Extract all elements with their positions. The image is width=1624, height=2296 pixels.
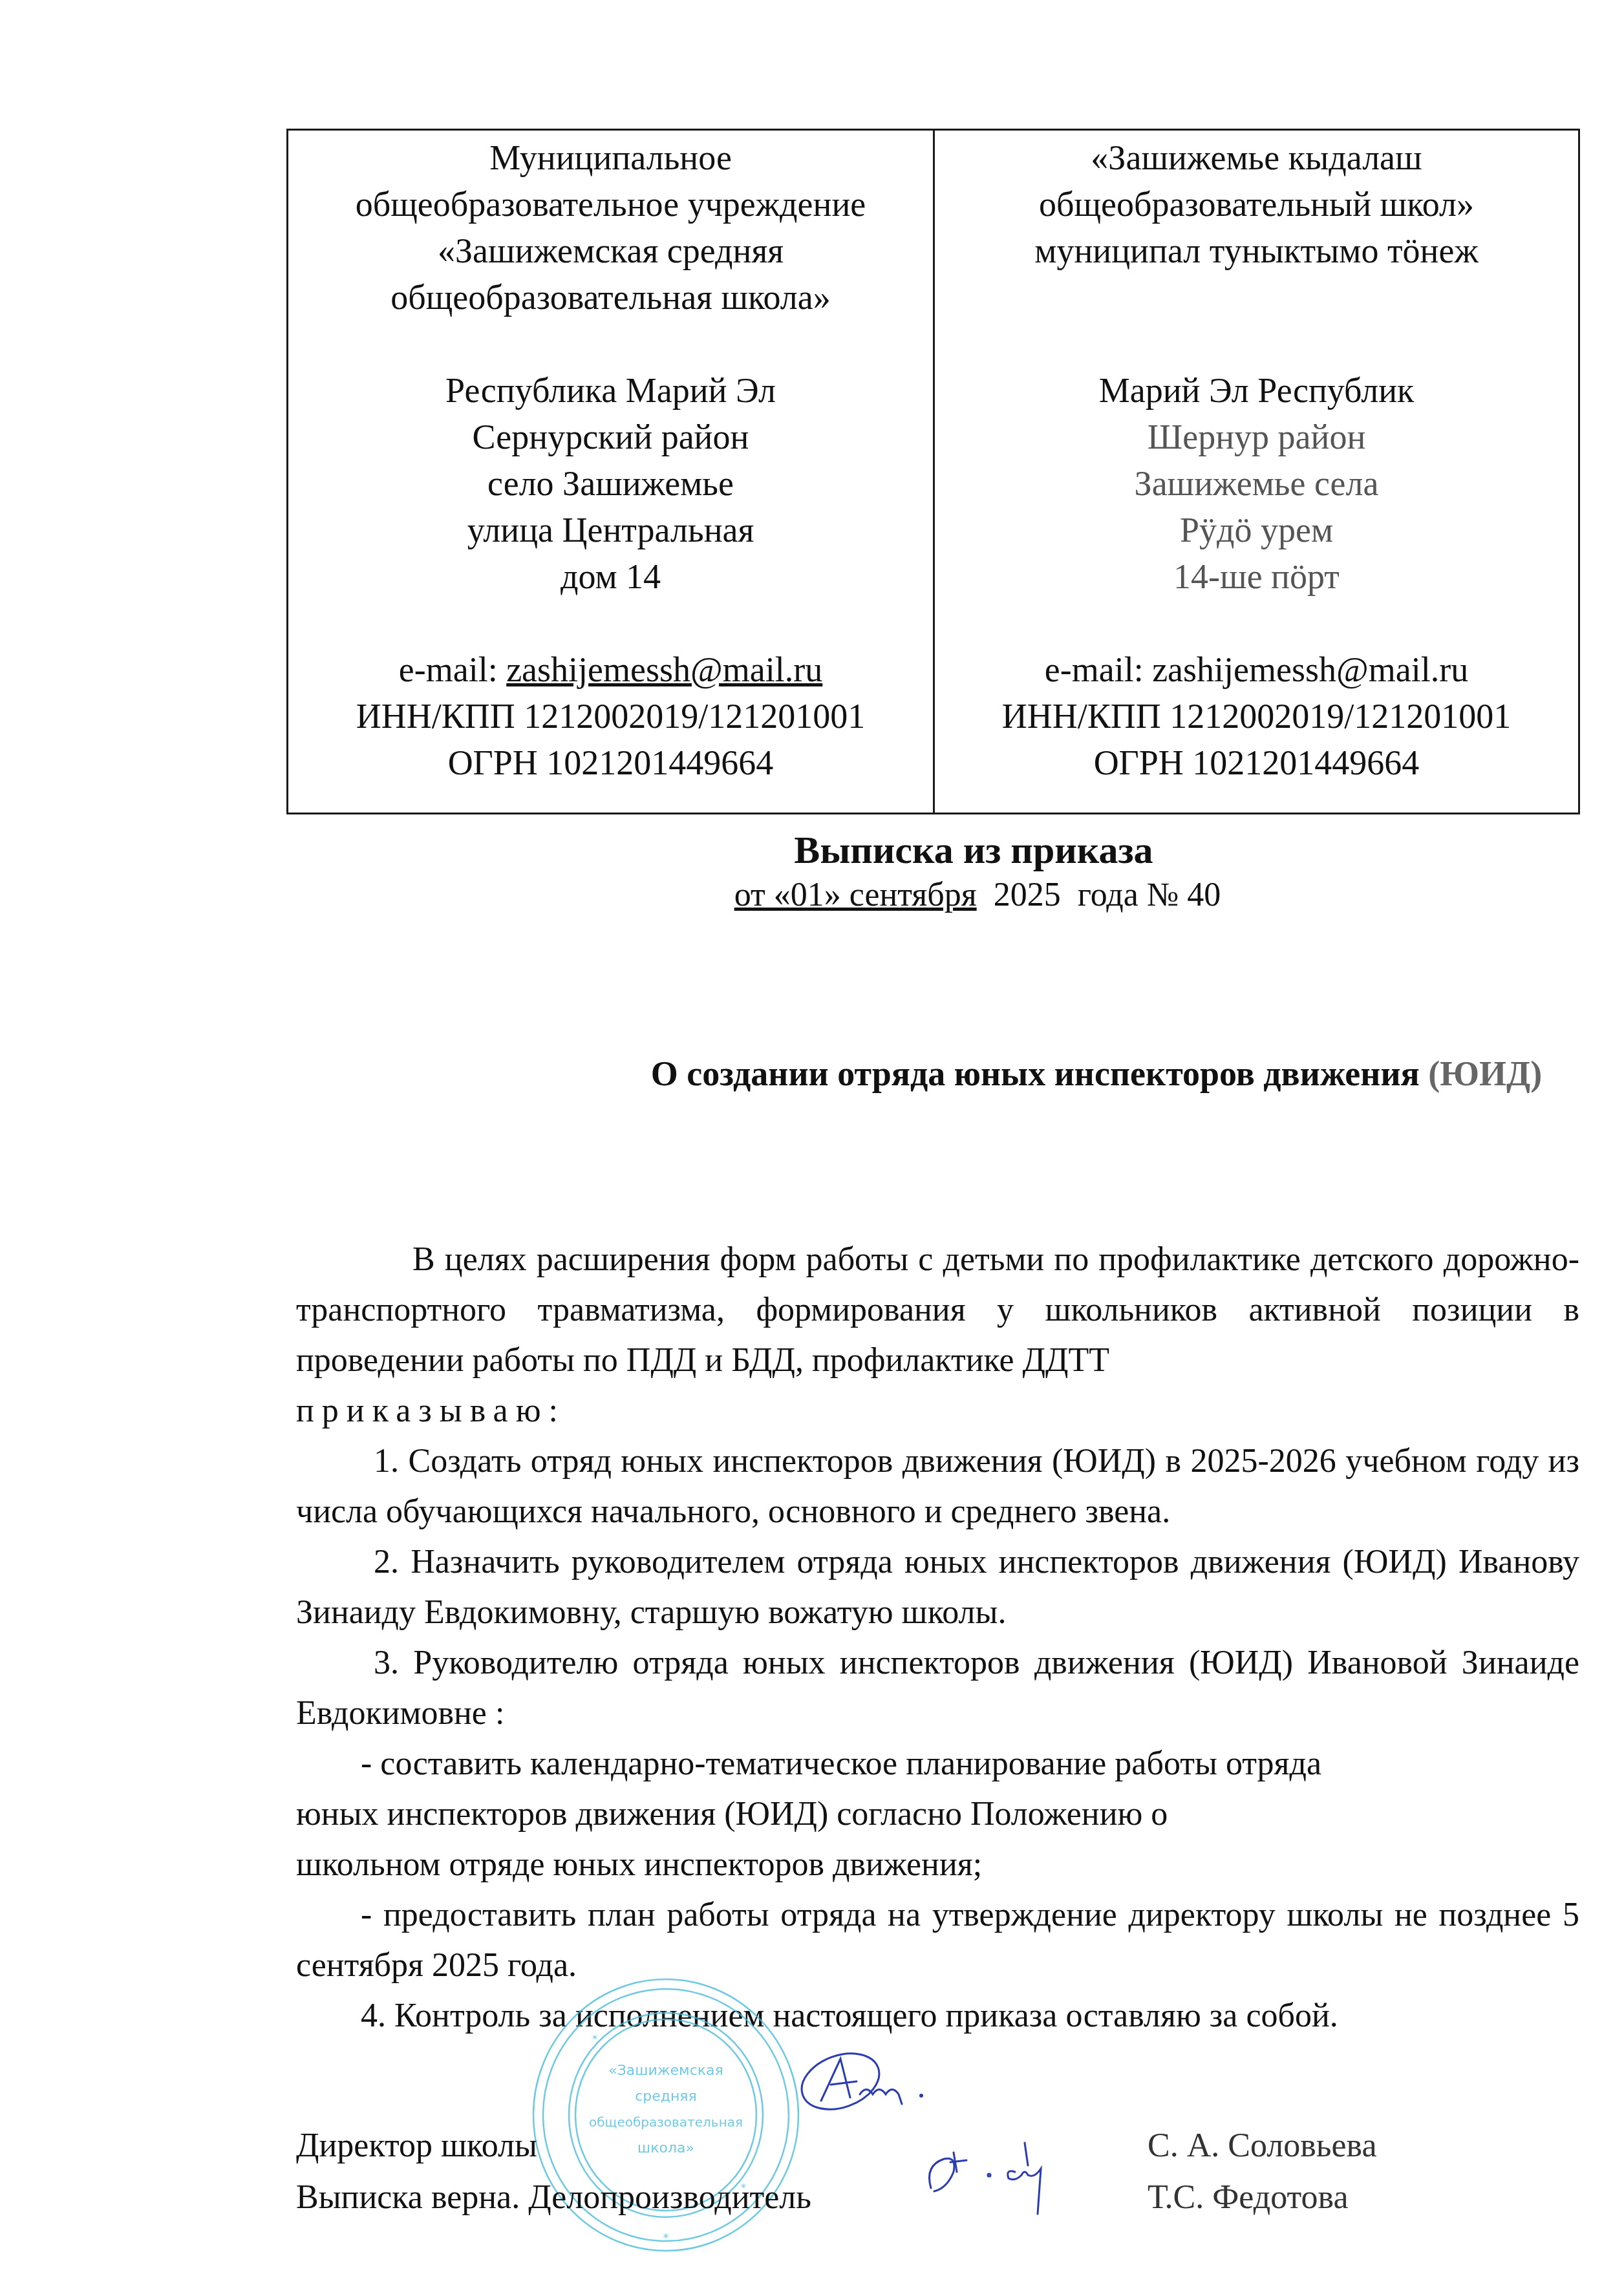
org-name-line: общеобразовательный школ» — [935, 181, 1578, 228]
clerk-name: Т.С. Федотова — [1148, 2175, 1348, 2220]
svg-text:средняя: средняя — [635, 2089, 697, 2105]
document-title: Выписка из приказа — [0, 824, 1624, 876]
org-name-line: общеобразовательная школа» — [288, 274, 933, 321]
address-line: улица Центральная — [288, 507, 933, 553]
email-link[interactable]: zashijemessh@mail.ru — [506, 650, 822, 689]
address-line: Марий Эл Республик — [935, 367, 1578, 414]
svg-text:школа»: школа» — [637, 2140, 694, 2156]
org-name-line: общеобразовательное учреждение — [288, 181, 933, 228]
svg-text:общеобразовательная: общеобразовательная — [589, 2114, 743, 2130]
order-subitem: - предоставить план работы отряда на утв… — [296, 1890, 1579, 1991]
order-year-number: 2025 года № 40 — [977, 877, 1221, 913]
order-item-1: 1. Создать отряд юных инспекторов движен… — [296, 1436, 1579, 1537]
order-subject: О создании отряда юных инспекторов движе… — [0, 1050, 1624, 1097]
ogrn: ОГРН 1021201449664 — [935, 739, 1578, 786]
ogrn: ОГРН 1021201449664 — [288, 739, 933, 786]
preamble: В целях расширения форм работы с детьми … — [296, 1235, 1579, 1386]
order-body: В целях расширения форм работы с детьми … — [296, 1235, 1579, 2041]
order-subitem-cont: школьном отряде юных инспекторов движени… — [296, 1840, 1579, 1890]
address-line: дом 14 — [288, 553, 933, 600]
document-title-text: Выписка из приказа — [794, 829, 1153, 871]
order-word: приказываю: — [296, 1386, 1579, 1436]
address-line: Сернурский район — [288, 414, 933, 460]
org-name-line: Муниципальное — [288, 134, 933, 181]
org-name-line: «Зашижемье кыдалаш — [935, 134, 1578, 181]
director-signature-icon — [795, 2049, 937, 2120]
order-item-3: 3. Руководителю отряда юных инспекторов … — [296, 1638, 1579, 1739]
letterhead-mari: «Зашижемье кыдалаш общеобразовательный ш… — [935, 131, 1578, 813]
svg-text:*: * — [663, 2231, 669, 2245]
letterhead-table: Муниципальное общеобразовательное учрежд… — [286, 129, 1580, 814]
address-line: село Зашижемье — [288, 460, 933, 507]
director-name: С. А. Соловьева — [1148, 2123, 1376, 2169]
inn-kpp: ИНН/КПП 1212002019/121201001 — [288, 693, 933, 739]
order-subject-text: О создании отряда юных инспекторов движе… — [651, 1054, 1428, 1093]
address-line: Зашижемье села — [935, 460, 1578, 507]
spacer — [288, 600, 933, 646]
order-item-2: 2. Назначить руководителем отряда юных и… — [296, 1537, 1579, 1638]
letterhead-russian: Муниципальное общеобразовательное учрежд… — [288, 131, 935, 813]
address-line: Шернур район — [935, 414, 1578, 460]
email-label: e-mail: — [399, 650, 506, 689]
address-line: Республика Марий Эл — [288, 367, 933, 414]
org-name-line: муниципал туныктымо тӧнеж — [935, 228, 1578, 274]
order-subject-abbr: (ЮИД) — [1428, 1054, 1542, 1093]
spacer — [288, 321, 933, 367]
order-subitem-cont: юных инспекторов движения (ЮИД) согласно… — [296, 1789, 1579, 1840]
clerk-signature-icon — [918, 2127, 1080, 2217]
spacer — [935, 600, 1578, 646]
inn-kpp: ИНН/КПП 1212002019/121201001 — [935, 693, 1578, 739]
order-date-line: от «01» сентября 2025 года № 40 — [0, 873, 1624, 918]
svg-text:«Зашижемская: «Зашижемская — [608, 2063, 723, 2079]
org-name-line: «Зашижемская средняя — [288, 228, 933, 274]
clerk-role: Выписка верна. Делопроизводитель — [296, 2175, 811, 2220]
spacer — [935, 274, 1578, 367]
order-date: от «01» сентября — [734, 877, 977, 913]
email-line: e-mail: zashijemessh@mail.ru — [935, 646, 1578, 693]
address-line: 14-ше пӧрт — [935, 553, 1578, 600]
address-line: Рӱдӧ урем — [935, 507, 1578, 553]
order-subitem: - составить календарно-тематическое план… — [296, 1739, 1579, 1789]
order-item-4: 4. Контроль за исполнением настоящего пр… — [296, 1991, 1579, 2041]
director-role: Директор школы — [296, 2123, 537, 2169]
email-line: e-mail: zashijemessh@mail.ru — [288, 646, 933, 693]
